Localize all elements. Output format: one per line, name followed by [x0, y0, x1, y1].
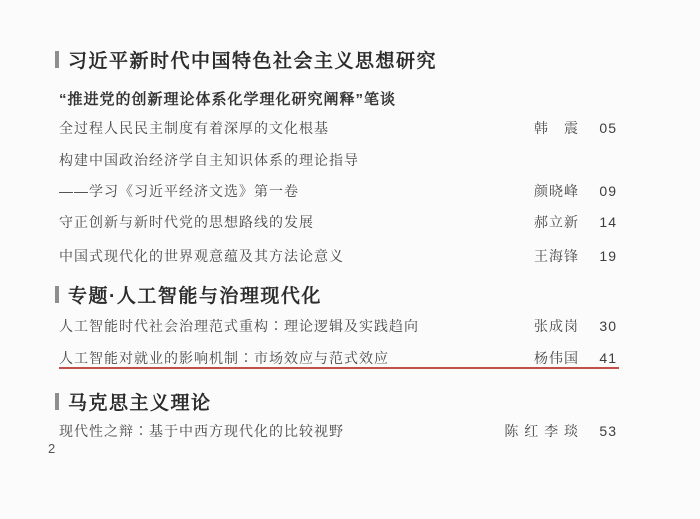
- article-authors: 郝立新: [534, 212, 579, 232]
- toc-entry-highlighted: 人工智能对就业的影响机制∶市场效应与范式效应 杨伟国 41: [59, 348, 617, 368]
- highlight-underline: [59, 367, 619, 369]
- section-header-label: 马克思主义理论: [68, 388, 212, 415]
- article-page-number: 05: [591, 120, 617, 136]
- section-header-ai-governance: 专题·人工智能与治理现代化: [55, 281, 617, 308]
- article-page-number: 14: [591, 214, 617, 230]
- article-title: 全过程人民民主制度有着深厚的文化根基: [59, 118, 329, 138]
- toc-entry: ——学习《习近平经济文选》第一卷 颜晓峰 09: [59, 181, 617, 201]
- article-page-number: 41: [591, 350, 617, 366]
- article-title: 构建中国政治经济学自主知识体系的理论指导: [59, 150, 359, 170]
- toc-entry: 中国式现代化的世界观意蕴及其方法论意义 王海锋 19: [59, 246, 617, 266]
- article-title: 现代性之辩∶基于中西方现代化的比较视野: [59, 421, 344, 441]
- toc-entry: 守正创新与新时代党的思想路线的发展 郝立新 14: [59, 212, 617, 232]
- section-marker-bar: [55, 51, 59, 68]
- article-authors: 颜晓峰: [534, 181, 579, 201]
- section-header-label: 专题·人工智能与治理现代化: [68, 281, 322, 308]
- article-title: 中国式现代化的世界观意蕴及其方法论意义: [59, 246, 344, 266]
- article-authors: 王海锋: [534, 246, 579, 266]
- article-authors: 陈 红 李 琰: [504, 421, 579, 441]
- toc-entry: 人工智能时代社会治理范式重构∶理论逻辑及实践趋向 张成岗 30: [59, 316, 617, 336]
- page-folio-number: 2: [48, 441, 55, 456]
- toc-entry: 构建中国政治经济学自主知识体系的理论指导: [59, 150, 617, 170]
- article-title: “推进党的创新理论体系化学理化研究阐释”笔谈: [59, 88, 396, 109]
- toc-entry: 全过程人民民主制度有着深厚的文化根基 韩 震 05: [59, 118, 617, 138]
- section-marker-bar: [55, 393, 59, 410]
- article-authors: 韩 震: [534, 118, 579, 138]
- article-page-number: 19: [591, 248, 617, 264]
- article-title: 人工智能时代社会治理范式重构∶理论逻辑及实践趋向: [59, 316, 419, 336]
- section-header-marxist-theory: 马克思主义理论: [55, 388, 617, 415]
- article-page-number: 30: [591, 318, 617, 334]
- section-marker-bar: [55, 286, 59, 303]
- section-header-label: 习近平新时代中国特色社会主义思想研究: [68, 46, 437, 73]
- article-authors: 张成岗: [534, 316, 579, 336]
- toc-entry: 现代性之辩∶基于中西方现代化的比较视野 陈 红 李 琰 53: [59, 421, 617, 441]
- article-page-number: 53: [591, 423, 617, 439]
- article-title: ——学习《习近平经济文选》第一卷: [59, 181, 299, 201]
- article-title: 人工智能对就业的影响机制∶市场效应与范式效应: [59, 348, 389, 368]
- toc-page: 习近平新时代中国特色社会主义思想研究 “推进党的创新理论体系化学理化研究阐释”笔…: [59, 0, 617, 519]
- article-title: 守正创新与新时代党的思想路线的发展: [59, 212, 314, 232]
- article-authors: 杨伟国: [534, 348, 579, 368]
- toc-entry-subtitle: “推进党的创新理论体系化学理化研究阐释”笔谈: [59, 88, 617, 109]
- article-page-number: 09: [591, 183, 617, 199]
- section-header-xi-thought: 习近平新时代中国特色社会主义思想研究: [55, 46, 617, 73]
